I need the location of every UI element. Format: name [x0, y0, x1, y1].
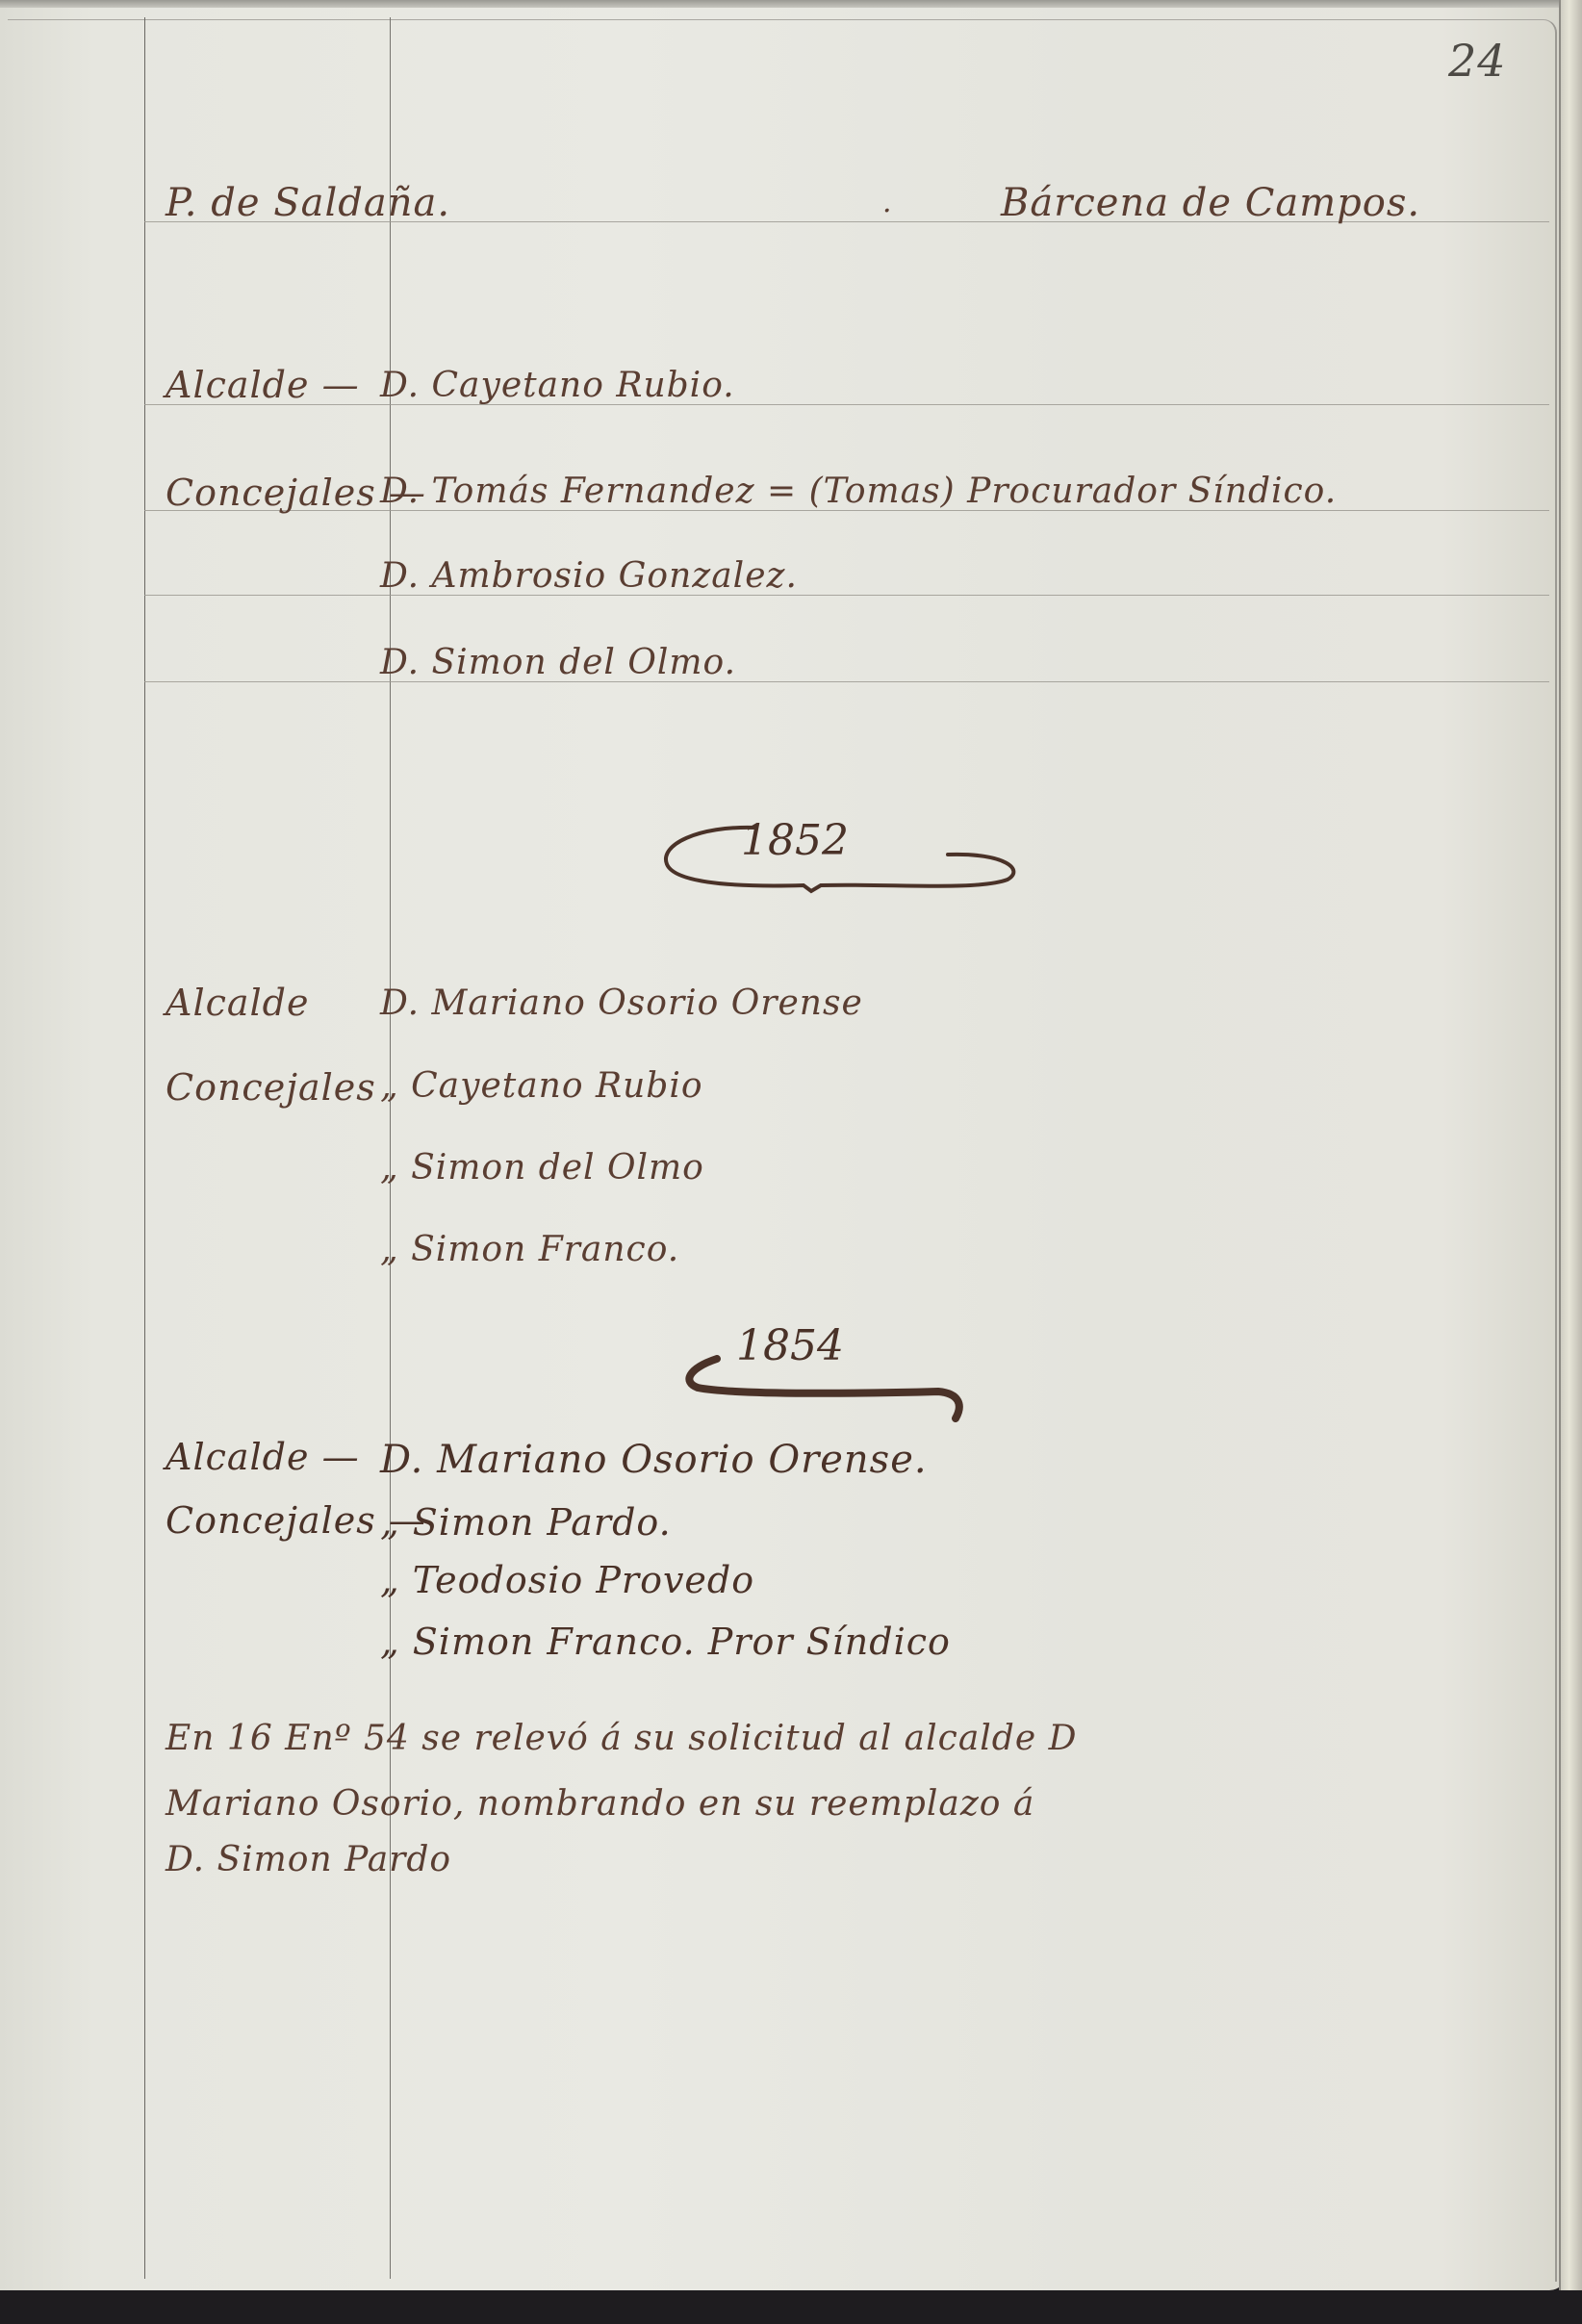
note-line: Mariano Osorio, nombrando en su reemplaz… — [166, 1784, 1034, 1824]
alcalde-label: Alcalde — — [166, 1436, 360, 1478]
concejales-label: Concejales — [166, 1066, 376, 1109]
concejal-entry: D. Tomás Fernandez = (Tomas) Procurador … — [380, 472, 1337, 511]
concejal-entry: „ Simon Pardo. — [380, 1501, 672, 1544]
concejal-entry: „ Teodosio Provedo — [380, 1559, 754, 1601]
alcalde-name: D. Cayetano Rubio. — [380, 366, 735, 405]
alcalde-name: D. Mariano Osorio Orense — [380, 983, 863, 1023]
year-flourish-icon — [659, 816, 1025, 903]
alcalde-label: Alcalde — [166, 982, 310, 1024]
book-fore-edge — [1559, 0, 1582, 2290]
concejal-entry: D. Ambrosio Gonzalez. — [380, 556, 798, 596]
alcalde-name: D. Mariano Osorio Orense. — [380, 1438, 928, 1482]
municipality-heading: Bárcena de Campos. — [1001, 181, 1420, 225]
ruled-line — [144, 595, 1549, 596]
left-margin-rule — [144, 17, 145, 2279]
concejal-entry: D. Simon del Olmo. — [380, 643, 736, 682]
page-number: 24 — [1448, 35, 1507, 87]
concejal-entry: „ Cayetano Rubio — [380, 1066, 703, 1106]
concejal-entry: „ Simon Franco. — [380, 1230, 679, 1269]
year-underline-flourish-icon — [678, 1355, 967, 1422]
note-line: D. Simon Pardo — [166, 1840, 451, 1879]
ruled-line — [144, 681, 1549, 682]
header-separator: · — [882, 194, 893, 228]
alcalde-label: Alcalde — — [166, 364, 360, 406]
page-frame — [8, 19, 1557, 2282]
concejal-entry: „ Simon Franco. Pror Síndico — [380, 1621, 951, 1663]
district-heading: P. de Saldaña. — [166, 181, 450, 225]
note-line: En 16 Enº 54 se relevó á su solicitud al… — [166, 1719, 1077, 1758]
ledger-page: 24 P. de Saldaña. · Bárcena de Campos. A… — [0, 8, 1567, 2290]
concejal-entry: „ Simon del Olmo — [380, 1148, 704, 1188]
